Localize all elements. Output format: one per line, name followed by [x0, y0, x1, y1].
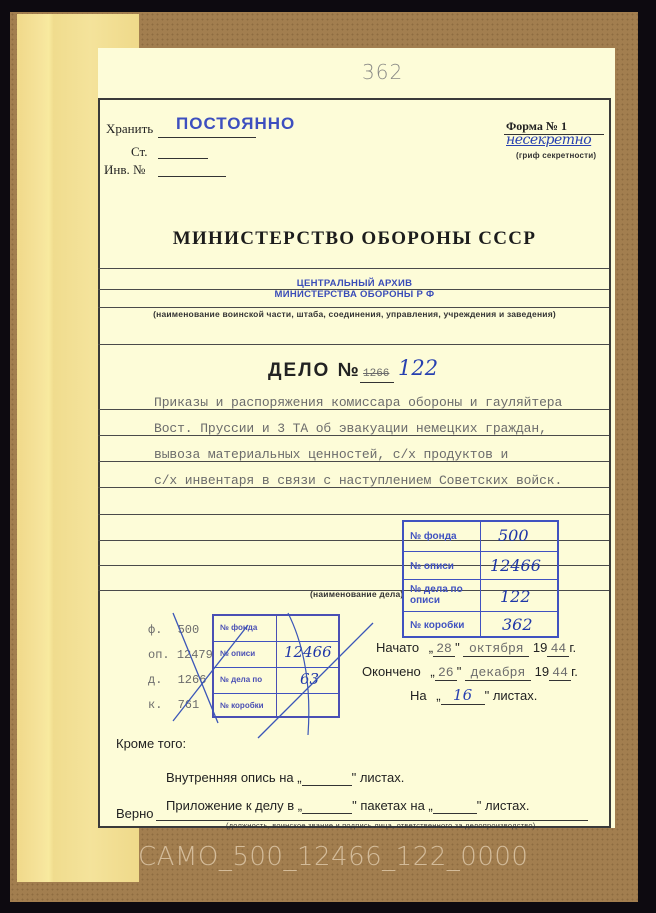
ended-year: 44 — [549, 665, 571, 681]
appendix-suffix: листах. — [485, 798, 530, 813]
ended-month: декабря — [465, 665, 531, 681]
started-year: 44 — [547, 641, 569, 657]
stamp-row-inventory: № описи 12466 — [404, 552, 557, 580]
rule-line — [98, 307, 609, 308]
certified-caption: (должность, воинское звание и подпись ли… — [226, 821, 535, 830]
keep-permanently-stamp: ПОСТОЯННО — [176, 114, 295, 134]
unit-caption: (наименование воинской части, штаба, сое… — [98, 309, 611, 319]
appendix-sheets-blank — [433, 798, 477, 814]
archive-stamp-line1: ЦЕНТРАЛЬНЫЙ АРХИВ — [98, 278, 611, 289]
appendix-row: Приложение к делу в „ " пакетах на „ " л… — [166, 798, 530, 814]
inventory-number-underline — [158, 176, 226, 177]
stamp-box-label: № коробки — [410, 620, 464, 631]
case-label: ДЕЛО № — [268, 360, 361, 382]
stamp-case-value: 122 — [500, 587, 531, 606]
stamp-box-value: 362 — [502, 615, 533, 634]
frame-top-line — [98, 98, 611, 100]
started-label: Начато — [376, 640, 419, 655]
ministry-title: МИНИСТЕРСТВО ОБОРОНЫ СССР — [98, 228, 611, 250]
case-caption: (наименование дела) — [310, 589, 403, 599]
on-label: На — [410, 688, 427, 703]
case-old-number: 1266 — [363, 368, 389, 380]
stamp-inventory-label: № описи — [410, 561, 454, 572]
cross-out-marks — [138, 603, 378, 743]
ended-label: Окончено — [362, 664, 421, 679]
ended-row: Окончено „26" декабря 1944г. — [362, 664, 578, 681]
ended-day: 26 — [435, 665, 457, 681]
sheets-count-handwritten: 16 — [441, 686, 485, 705]
certified-label: Верно — [116, 806, 154, 821]
stamp-fund-label: № фонда — [410, 531, 457, 542]
secrecy-value-handwritten: несекретно — [506, 132, 591, 148]
appendix-middle: пакетах на — [360, 798, 424, 813]
stamp-case-label: № дела по описи — [410, 584, 470, 606]
frame-left-line — [98, 98, 100, 828]
inventory-number-label: Инв. № — [104, 162, 145, 178]
ended-year-prefix: 19 — [535, 664, 549, 679]
inventory-text: Внутренняя опись на — [166, 770, 294, 785]
started-day: 28 — [433, 641, 455, 657]
appendix-packets-blank — [302, 798, 352, 814]
article-underline — [158, 158, 208, 159]
started-row: Начато „28" октября 1944г. — [376, 640, 576, 657]
inventory-blank — [302, 770, 352, 786]
frame-right-line — [609, 98, 611, 828]
keep-underline — [158, 137, 256, 138]
rule-line — [98, 268, 609, 269]
pencil-page-number: 362 — [362, 60, 403, 84]
case-number-underline — [360, 382, 394, 383]
inventory-suffix: листах. — [360, 770, 405, 785]
case-description-line-2: Вост. Пруссии и 3 ТА об эвакуации немецк… — [154, 421, 547, 436]
archive-reference-stamp: № фонда 500 № описи 12466 № дела по опис… — [402, 520, 559, 638]
stamp-fund-value: 500 — [498, 526, 529, 545]
stamp-row-box: № коробки 362 — [404, 612, 557, 638]
secrecy-caption: (гриф секретности) — [516, 151, 596, 160]
besides-label: Кроме того: — [116, 736, 186, 751]
rule-line — [98, 344, 609, 345]
article-label: Ст. — [131, 144, 147, 160]
case-description-line-1: Приказы и распоряжения комиссара обороны… — [154, 395, 562, 410]
year-suffix: г. — [569, 640, 576, 655]
sheets-label: листах. — [493, 688, 538, 703]
case-description-line-3: вывоза материальных ценностей, с/х проду… — [154, 447, 508, 462]
stamp-row-case: № дела по описи 122 — [404, 580, 557, 612]
case-description-line-4: с/х инвентаря в связи с наступлением Сов… — [154, 473, 562, 488]
stamp-inventory-value: 12466 — [490, 556, 541, 575]
started-year-prefix: 19 — [533, 640, 547, 655]
archive-stamp-line2: МИНИСТЕРСТВА ОБОРОНЫ Р Ф — [98, 289, 611, 300]
stamp-row-fund: № фонда 500 — [404, 522, 557, 552]
inventory-row: Внутренняя опись на „ " листах. — [166, 770, 404, 786]
document-sheet: 362 Хранить ПОСТОЯННО Ст. Инв. № Форма №… — [98, 48, 615, 828]
keep-label: Хранить — [106, 121, 153, 137]
appendix-text: Приложение к делу в — [166, 798, 294, 813]
rule-line — [98, 514, 609, 515]
archive-file-id-watermark: CAMO_500_12466_122_0000 — [138, 842, 528, 872]
year-suffix: г. — [571, 664, 578, 679]
sheets-row: На „16" листах. — [410, 686, 537, 705]
started-month: октября — [463, 641, 529, 657]
case-new-number-handwritten: 122 — [398, 356, 438, 380]
